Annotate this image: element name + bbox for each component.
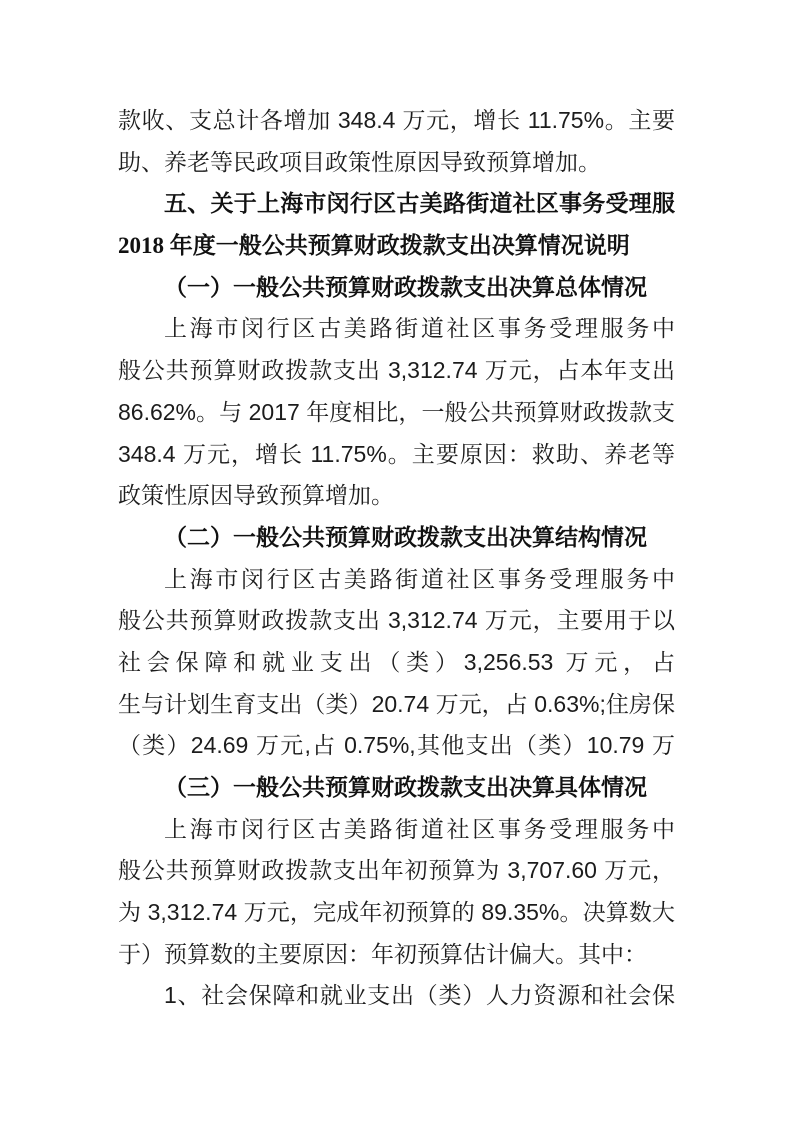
- body-text-line: （类）24.69 万元,占 0.75%,其他支出（类）10.79 万元 ,占 0…: [118, 725, 675, 767]
- body-text-line: 348.4 万元，增长 11.75%。主要原因：救助、养老等民政项目: [118, 434, 675, 476]
- body-text-line: 助、养老等民政项目政策性原因导致预算增加。: [118, 142, 675, 184]
- heading-paragraph: （一）一般公共预算财政拨款支出决算总体情况: [118, 267, 675, 309]
- body-text-line: 上海市闵行区古美路街道社区事务受理服务中 2018 年度一: [118, 308, 675, 350]
- body-text-line: 社会保障和就业支出（类）3,256.53 万元，占 98.3%；医疗卫: [118, 642, 675, 684]
- body-text-line: 般公共预算财政拨款支出年初预算为 3,707.60 万元，支出决算: [118, 850, 675, 892]
- heading-paragraph: 五、关于上海市闵行区古美路街道社区事务受理服务中2018 年度一般公共预算财政拨…: [118, 183, 675, 266]
- body-text-line: 86.62%。与 2017 年度相比，一般公共预算财政拨款支出增加: [118, 392, 675, 434]
- body-text-line: 政策性原因导致预算增加。: [118, 475, 675, 517]
- body-paragraph: 1、社会保障和就业支出（类）人力资源和社会保障管理事: [118, 975, 675, 1017]
- heading-text-line: （三）一般公共预算财政拨款支出决算具体情况: [118, 767, 675, 809]
- document-content: 款收、支总计各增加 348.4 万元，增长 11.75%。主要原因：救助、养老等…: [118, 100, 675, 1017]
- body-paragraph: 上海市闵行区古美路街道社区事务受理服务中 2018 年度一般公共预算财政拨款支出…: [118, 308, 675, 516]
- body-text-line: 上海市闵行区古美路街道社区事务受理服务中 2018 年度一: [118, 559, 675, 601]
- body-paragraph: 上海市闵行区古美路街道社区事务受理服务中 2018 年度一般公共预算财政拨款支出…: [118, 809, 675, 976]
- body-text-line: 生与计划生育支出（类）20.74 万元，占 0.63%;住房保障支出: [118, 684, 675, 726]
- body-paragraph: 上海市闵行区古美路街道社区事务受理服务中 2018 年度一般公共预算财政拨款支出…: [118, 559, 675, 767]
- body-text-line: 于）预算数的主要原因：年初预算估计偏大。其中：: [118, 934, 675, 976]
- heading-text-line: 五、关于上海市闵行区古美路街道社区事务受理服务中: [118, 183, 675, 225]
- heading-paragraph: （三）一般公共预算财政拨款支出决算具体情况: [118, 767, 675, 809]
- heading-text-line: 2018 年度一般公共预算财政拨款支出决算情况说明: [118, 225, 675, 267]
- body-paragraph: 款收、支总计各增加 348.4 万元，增长 11.75%。主要原因：救助、养老等…: [118, 100, 675, 183]
- body-text-line: 款收、支总计各增加 348.4 万元，增长 11.75%。主要原因：救: [118, 100, 675, 142]
- heading-text-line: （一）一般公共预算财政拨款支出决算总体情况: [118, 267, 675, 309]
- body-text-line: 为 3,312.74 万元，完成年初预算的 89.35%。决算数大于（小: [118, 892, 675, 934]
- heading-text-line: （二）一般公共预算财政拨款支出决算结构情况: [118, 517, 675, 559]
- heading-paragraph: （二）一般公共预算财政拨款支出决算结构情况: [118, 517, 675, 559]
- body-text-line: 上海市闵行区古美路街道社区事务受理服务中 2018 年度一: [118, 809, 675, 851]
- body-text-line: 1、社会保障和就业支出（类）人力资源和社会保障管理事: [118, 975, 675, 1017]
- body-text-line: 般公共预算财政拨款支出 3,312.74 万元，主要用于以下方面：: [118, 600, 675, 642]
- document-page: 款收、支总计各增加 348.4 万元，增长 11.75%。主要原因：救助、养老等…: [0, 0, 793, 1122]
- body-text-line: 般公共预算财政拨款支出 3,312.74 万元，占本年支出合计的: [118, 350, 675, 392]
